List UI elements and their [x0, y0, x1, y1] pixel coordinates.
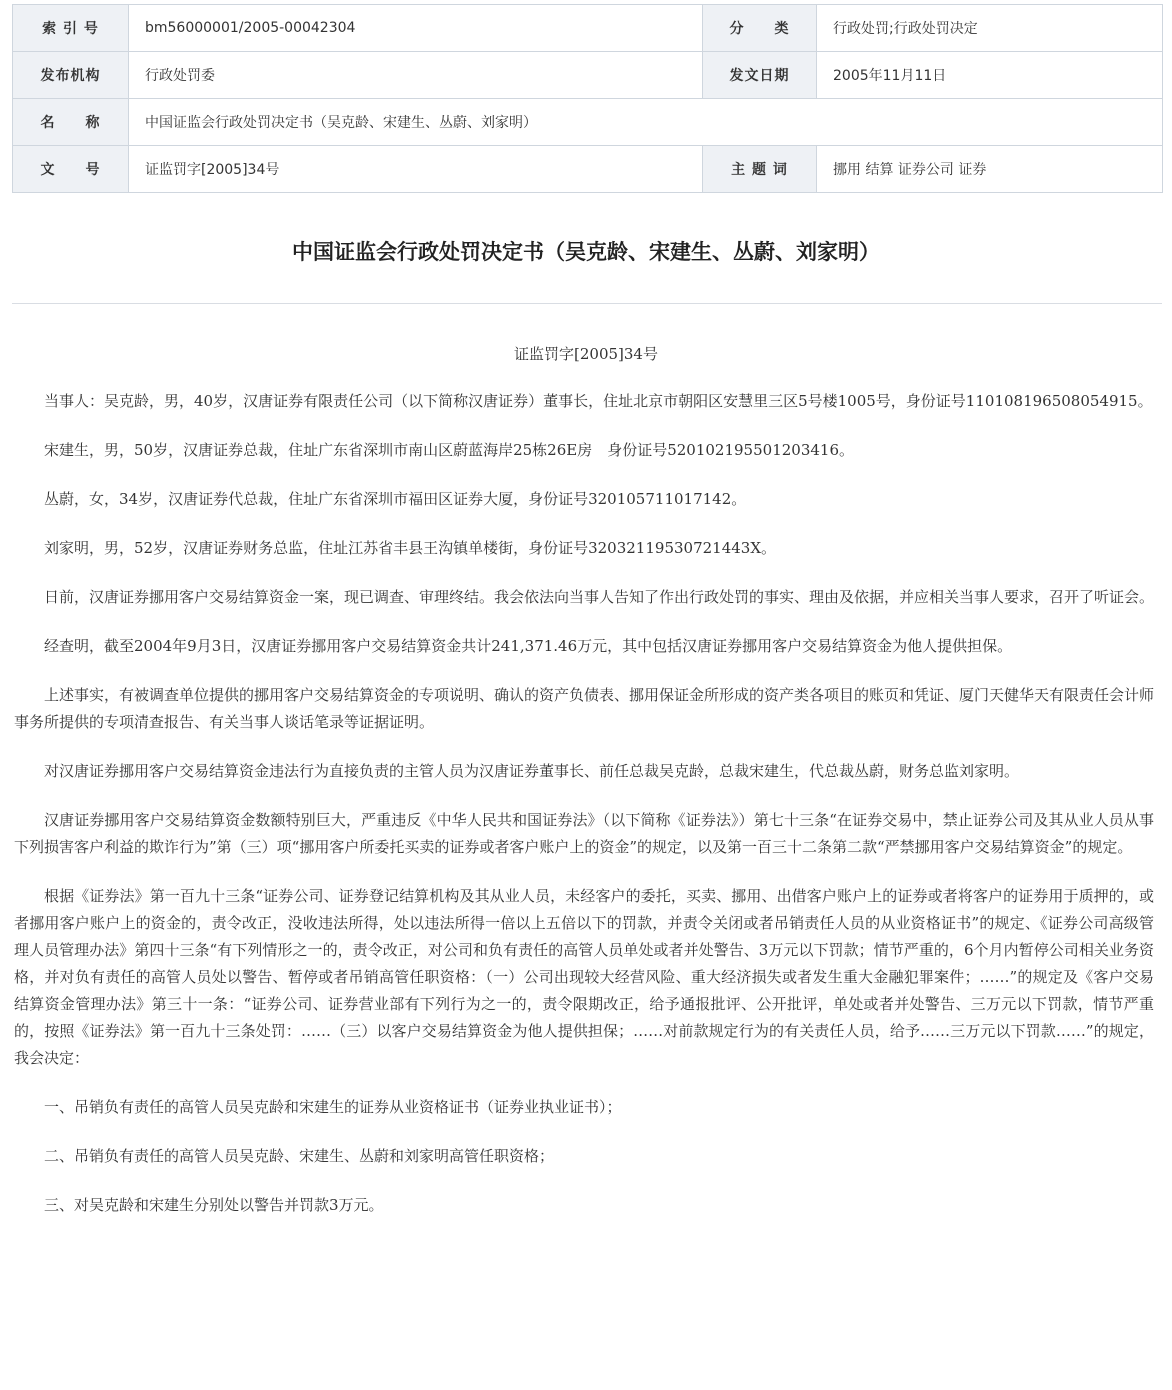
party-paragraph-4: 刘家明，男，52岁，汉唐证券财务总监，住址江苏省丰县王沟镇单楼街，身份证号320… — [14, 535, 1154, 562]
index-number-label: 索 引 号 — [13, 5, 129, 52]
violation-paragraph: 汉唐证券挪用客户交易结算资金数额特别巨大，严重违反《中华人民共和国证券法》（以下… — [14, 807, 1154, 861]
category-value: 行政处罚;行政处罚决定 — [817, 5, 1163, 52]
metadata-row-index: 索 引 号 bm56000001/2005-00042304 分 类 行政处罚;… — [13, 5, 1163, 52]
keywords-value: 挪用 结算 证券公司 证券 — [817, 146, 1163, 193]
party-paragraph-2: 宋建生，男，50岁，汉唐证券总裁，住址广东省深圳市南山区蔚蓝海岸25栋26E房 … — [14, 437, 1154, 464]
decision-item-2: 二、吊销负有责任的高管人员吴克龄、宋建生、丛蔚和刘家明高管任职资格； — [14, 1143, 1154, 1170]
publisher-value: 行政处罚委 — [129, 52, 703, 99]
document-number: 证监罚字[2005]34号 — [0, 343, 1172, 364]
metadata-row-name: 名 称 中国证监会行政处罚决定书（吴克龄、宋建生、丛蔚、刘家明） — [13, 99, 1163, 146]
metadata-row-doc-number: 文 号 证监罚字[2005]34号 主 题 词 挪用 结算 证券公司 证券 — [13, 146, 1163, 193]
responsible-persons-paragraph: 对汉唐证券挪用客户交易结算资金违法行为直接负责的主管人员为汉唐证券董事长、前任总… — [14, 758, 1154, 785]
name-label: 名 称 — [13, 99, 129, 146]
legal-basis-paragraph: 根据《证券法》第一百九十三条“证券公司、证券登记结算机构及其从业人员，未经客户的… — [14, 883, 1154, 1072]
findings-paragraph: 经查明，截至2004年9月3日，汉唐证券挪用客户交易结算资金共计241,371.… — [14, 633, 1154, 660]
decisions-list: 一、吊销负有责任的高管人员吴克龄和宋建生的证券从业资格证书（证券业执业证书）； … — [14, 1094, 1154, 1219]
metadata-row-publisher: 发布机构 行政处罚委 发文日期 2005年11月11日 — [13, 52, 1163, 99]
document-title: 中国证监会行政处罚决定书（吴克龄、宋建生、丛蔚、刘家明） — [0, 236, 1172, 266]
party-paragraph-3: 丛蔚，女，34岁，汉唐证券代总裁，住址广东省深圳市福田区证券大厦，身份证号320… — [14, 486, 1154, 513]
doc-number-value: 证监罚字[2005]34号 — [129, 146, 703, 193]
evidence-paragraph: 上述事实，有被调查单位提供的挪用客户交易结算资金的专项说明、确认的资产负债表、挪… — [14, 682, 1154, 736]
title-divider — [12, 303, 1162, 304]
decision-item-3: 三、对吴克龄和宋建生分别处以警告并罚款3万元。 — [14, 1192, 1154, 1219]
decision-item-1: 一、吊销负有责任的高管人员吴克龄和宋建生的证券从业资格证书（证券业执业证书）； — [14, 1094, 1154, 1121]
issue-date-value: 2005年11月11日 — [817, 52, 1163, 99]
category-label: 分 类 — [703, 5, 817, 52]
name-value: 中国证监会行政处罚决定书（吴克龄、宋建生、丛蔚、刘家明） — [129, 99, 1163, 146]
keywords-label: 主 题 词 — [703, 146, 817, 193]
case-intro-paragraph: 日前，汉唐证券挪用客户交易结算资金一案，现已调查、审理终结。我会依法向当事人告知… — [14, 584, 1154, 611]
party-paragraph-1: 当事人：吴克龄，男，40岁，汉唐证券有限责任公司（以下简称汉唐证券）董事长，住址… — [14, 388, 1154, 415]
publisher-label: 发布机构 — [13, 52, 129, 99]
document-body: 当事人：吴克龄，男，40岁，汉唐证券有限责任公司（以下简称汉唐证券）董事长，住址… — [14, 388, 1154, 1241]
document-metadata-table: 索 引 号 bm56000001/2005-00042304 分 类 行政处罚;… — [12, 4, 1163, 193]
issue-date-label: 发文日期 — [703, 52, 817, 99]
doc-number-label: 文 号 — [13, 146, 129, 193]
index-number-value: bm56000001/2005-00042304 — [129, 5, 703, 52]
